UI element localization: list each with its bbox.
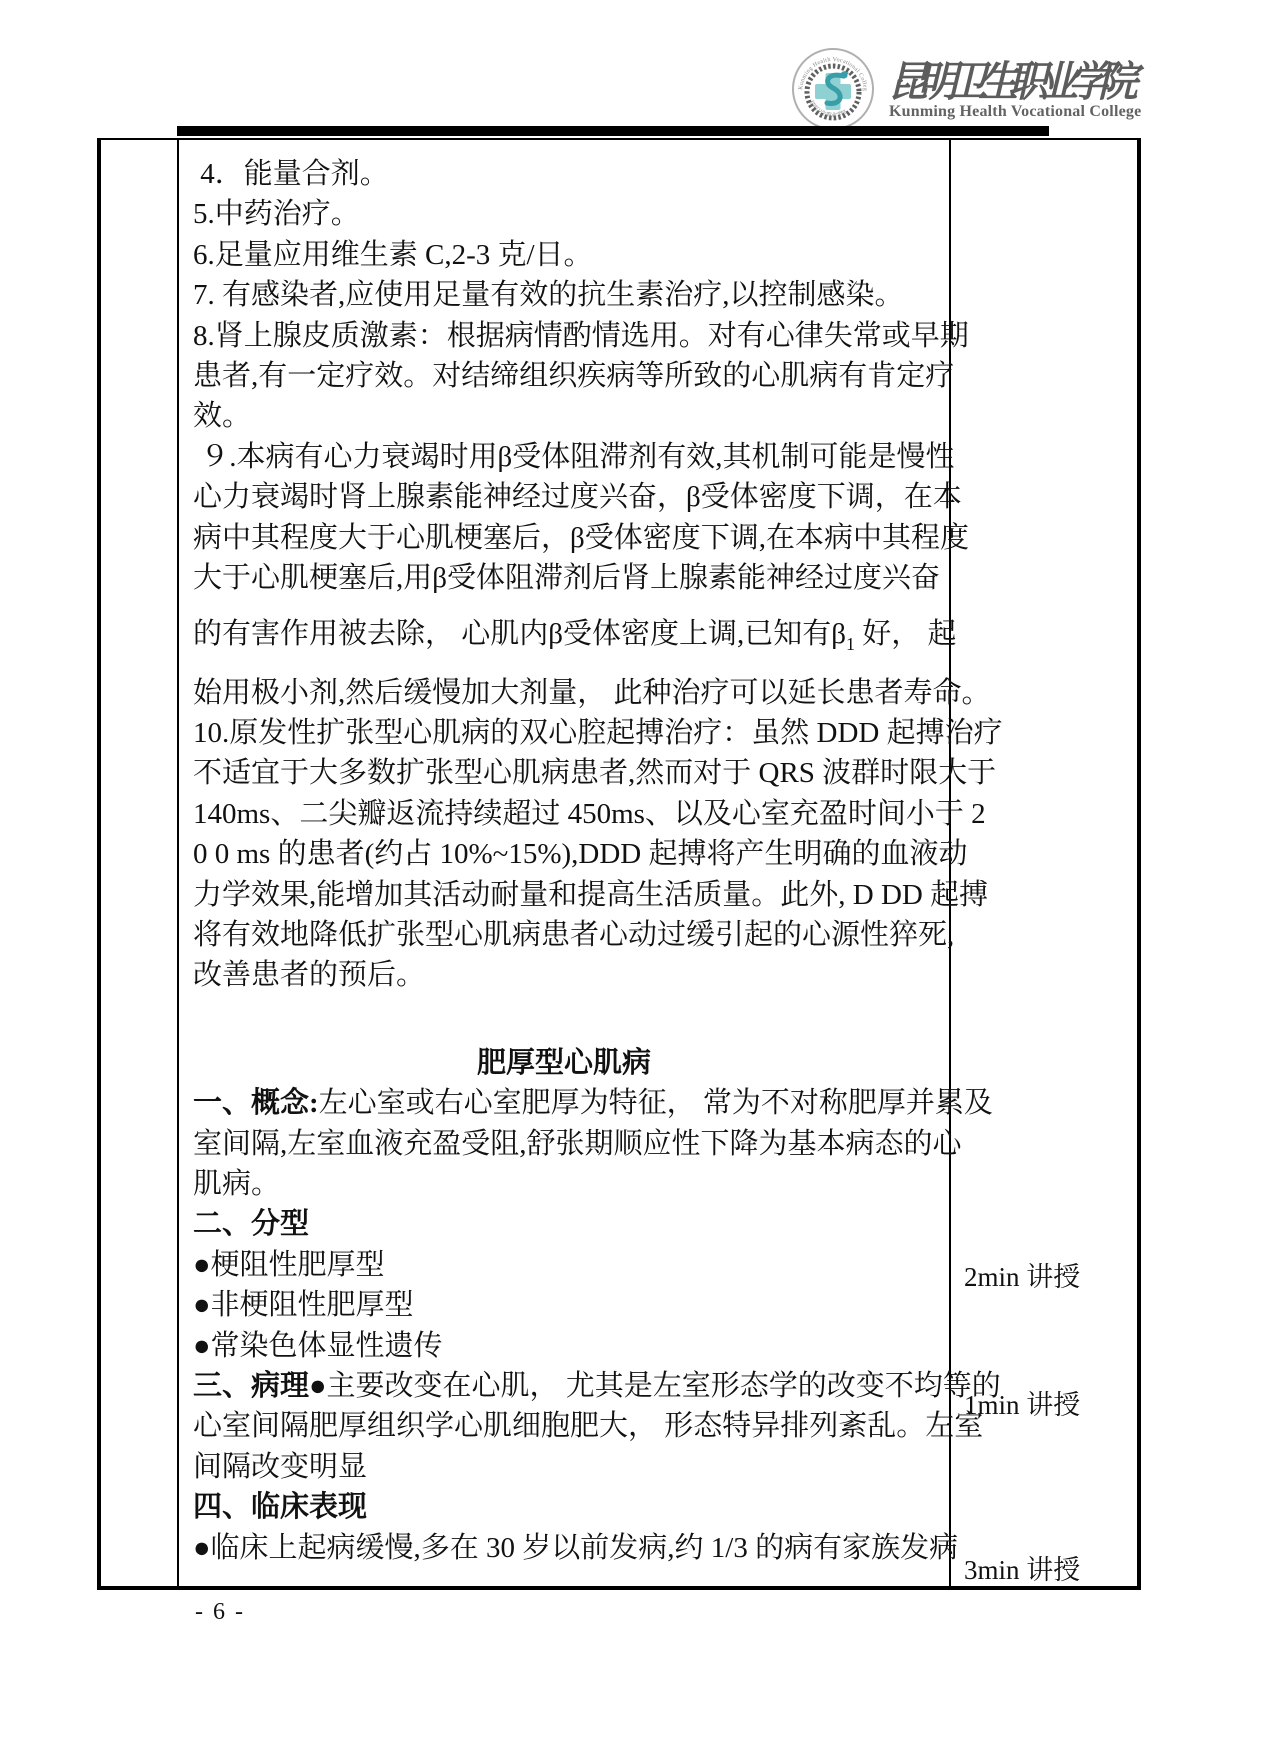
content-line: 0 0 ms 的患者(约占 10%~15%),DDD 起搏将产生明确的血液动 [193, 834, 949, 874]
content-line: 患者,有一定疗效。对结缔组织疾病等所致的心肌病有肯定疗 [193, 356, 949, 396]
content-line: 四、临床表现 [193, 1487, 949, 1527]
duration-note: 3min 讲授 [964, 1550, 1080, 1590]
content-line: 效。 [193, 396, 949, 436]
content-line: 二、分型 [193, 1204, 949, 1244]
content-line: 大于心肌梗塞后,用β受体阻滞剂后肾上腺素能神经过度兴奋 [193, 558, 949, 598]
page-number: - 6 - [170, 1599, 270, 1626]
content-line: 5.中药治疗。 [193, 194, 949, 234]
content-line: ●非梗阻性肥厚型 [193, 1285, 949, 1325]
content-line: ●临床上起病缓慢,多在 30 岁以前发病,约 1/3 的病有家族发病 [193, 1528, 949, 1568]
content-column: 4．能量合剂。5.中药治疗。6.足量应用维生素 C,2-3 克/日。7. 有感染… [179, 140, 949, 1568]
content-line: 7. 有感染者,应使用足量有效的抗生素治疗,以控制感染。 [193, 275, 949, 315]
content-line: 间隔改变明显 [193, 1447, 949, 1487]
content-line: 心室间隔肥厚组织学心肌细胞肥大， 形态特异排列紊乱。左室 [193, 1406, 949, 1446]
content-line: 三、病理●主要改变在心肌， 尤其是左室形态学的改变不均等的 [193, 1366, 949, 1406]
college-name-en: Kunming Health Vocational College [889, 103, 1129, 121]
content-line: 改善患者的预后。 [193, 955, 949, 995]
content-line: 6.足量应用维生素 C,2-3 克/日。 [193, 235, 949, 275]
content-line: 心力衰竭时肾上腺素能神经过度兴奋，β受体密度下调，在本 [193, 477, 949, 517]
content-line: 将有效地降低扩张型心肌病患者心动过缓引起的心源性猝死, [193, 915, 949, 955]
content-line: 肥厚型心肌病 [193, 1043, 949, 1083]
duration-note: 2min 讲授 [964, 1257, 1080, 1297]
content-line: 140ms、二尖瓣返流持续超过 450ms、以及心室充盈时间小于 2 [193, 794, 949, 834]
content-line: ９.本病有心力衰竭时用β受体阻滞剂有效,其机制可能是慢性 [193, 437, 949, 477]
college-seal-icon: Kunming Health Vocational College 昆明卫生职业… [792, 48, 874, 130]
sidebar-column: 2min 讲授1min 讲授3min 讲授 [951, 140, 1137, 1586]
duration-note: 1min 讲授 [964, 1385, 1080, 1425]
content-line: 10.原发性扩张型心肌病的双心腔起搏治疗：虽然 DDD 起搏治疗 [193, 713, 949, 753]
content-line: ●梗阻性肥厚型 [193, 1245, 949, 1285]
lesson-plan-table: 4．能量合剂。5.中药治疗。6.足量应用维生素 C,2-3 克/日。7. 有感染… [97, 138, 1141, 1590]
content-line: 一、概念:左心室或右心室肥厚为特征， 常为不对称肥厚并累及 [193, 1083, 949, 1123]
content-line: 8.肾上腺皮质激素：根据病情酌情选用。对有心律失常或早期 [193, 316, 949, 356]
content-line: 病中其程度大于心肌梗塞后，β受体密度下调,在本病中其程度 [193, 518, 949, 558]
content-line: 室间隔,左室血液充盈受阻,舒张期顺应性下降为基本病态的心 [193, 1124, 949, 1164]
content-line: 4．能量合剂。 [193, 154, 949, 194]
content-line: 肌病。 [193, 1164, 949, 1204]
content-line: 力学效果,能增加其活动耐量和提高生活质量。此外, D DD 起搏 [193, 875, 949, 915]
table-top-thick-border [177, 126, 1049, 136]
document-page: Kunming Health Vocational College 昆明卫生职业… [0, 0, 1271, 1763]
content-line: 的有害作用被去除， 心肌内β受体密度上调,已知有β1 好， 起 [193, 614, 949, 654]
content-line: 始用极小剂,然后缓慢加大剂量， 此种治疗可以延长患者寿命。 [193, 673, 949, 713]
content-line: ●常染色体显性遗传 [193, 1326, 949, 1366]
college-name-zh: 昆明卫生职业学院 [888, 49, 1128, 104]
content-line: 不适宜于大多数扩张型心肌病患者,然而对于 QRS 波群时限大于 [193, 753, 949, 793]
